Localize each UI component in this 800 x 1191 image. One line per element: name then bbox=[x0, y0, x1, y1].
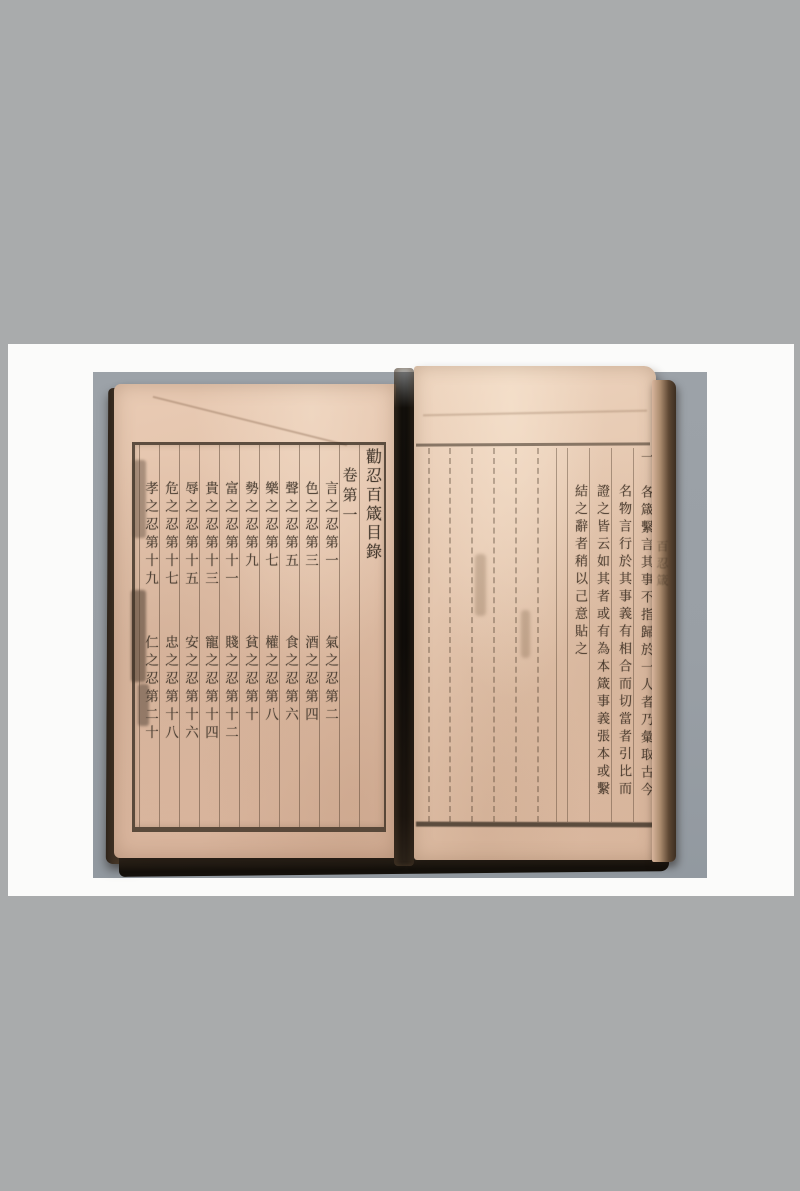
screenshot-background: 勸忍百箴目錄 卷第一 言之忍第一 氣之忍第二 色之忍第三 酒之忍第四 聲之忍第 bbox=[0, 0, 800, 1191]
toc-volume-label: 卷第一 bbox=[340, 467, 361, 527]
toc-entry-column: 富之忍第十一 賤之忍第十二 bbox=[219, 445, 240, 827]
toc-entry: 貧之忍第十 bbox=[240, 635, 260, 725]
spine-gutter bbox=[394, 368, 414, 866]
bleed-through-mark bbox=[475, 554, 486, 616]
toc-entry: 貴之忍第十三 bbox=[200, 481, 220, 589]
open-book: 勸忍百箴目錄 卷第一 言之忍第一 氣之忍第二 色之忍第三 酒之忍第四 聲之忍第 bbox=[93, 372, 707, 878]
fanli-column: 名物言行於其事義有相合而切當者引比而 bbox=[611, 450, 633, 799]
toc-entry: 仁之忍第二十 bbox=[140, 635, 160, 743]
toc-entry-column: 貴之忍第十三 寵之忍第十四 bbox=[199, 445, 220, 827]
bleed-through-mark bbox=[521, 610, 530, 658]
fanli-column: 結之辭者稍以己意貼之 bbox=[567, 450, 589, 659]
toc-volume-column: 卷第一 bbox=[339, 445, 360, 827]
toc-entry: 聲之忍第五 bbox=[280, 481, 300, 571]
bleed-line bbox=[493, 448, 495, 822]
frame-bottom-rule bbox=[416, 822, 654, 828]
column-rule bbox=[556, 448, 557, 822]
photo-area: 勸忍百箴目錄 卷第一 言之忍第一 氣之忍第二 色之忍第三 酒之忍第四 聲之忍第 bbox=[93, 372, 707, 878]
toc-entry-column: 勢之忍第九 貧之忍第十 bbox=[239, 445, 260, 827]
toc-entry-column: 色之忍第三 酒之忍第四 bbox=[299, 445, 320, 827]
bleed-line bbox=[449, 448, 451, 822]
page-crease bbox=[153, 396, 347, 446]
toc-page: 勸忍百箴目錄 卷第一 言之忍第一 氣之忍第二 色之忍第三 酒之忍第四 聲之忍第 bbox=[114, 384, 396, 858]
toc-entry: 富之忍第十一 bbox=[220, 481, 240, 589]
fore-edge-title: 百忍箴 bbox=[654, 540, 671, 591]
toc-entry: 辱之忍第十五 bbox=[180, 481, 200, 589]
fore-edge: 百忍箴 bbox=[652, 380, 676, 862]
toc-entry: 樂之忍第七 bbox=[260, 481, 280, 571]
toc-entry: 寵之忍第十四 bbox=[200, 635, 220, 743]
toc-entry-column: 聲之忍第五 食之忍第六 bbox=[279, 445, 300, 827]
bleed-line bbox=[537, 448, 539, 822]
toc-entry: 安之忍第十六 bbox=[180, 635, 200, 743]
toc-entry-column: 危之忍第十七 忠之忍第十八 bbox=[159, 445, 180, 827]
toc-entry: 色之忍第三 bbox=[300, 481, 320, 571]
toc-entry: 危之忍第十七 bbox=[160, 481, 180, 589]
toc-entry-column: 孝之忍第十九 仁之忍第二十 bbox=[139, 445, 160, 827]
toc-entry: 食之忍第六 bbox=[280, 635, 300, 725]
toc-entry-column: 樂之忍第七 權之忍第八 bbox=[259, 445, 280, 827]
toc-title: 勸忍百箴目錄 bbox=[362, 448, 385, 562]
toc-entry: 氣之忍第二 bbox=[320, 635, 340, 725]
toc-entry: 忠之忍第十八 bbox=[160, 635, 180, 743]
toc-entry-column: 言之忍第一 氣之忍第二 bbox=[319, 445, 340, 827]
bleed-line bbox=[471, 448, 473, 822]
toc-entry: 賤之忍第十二 bbox=[220, 635, 240, 743]
toc-print-frame: 勸忍百箴目錄 卷第一 言之忍第一 氣之忍第二 色之忍第三 酒之忍第四 聲之忍第 bbox=[132, 442, 386, 832]
toc-entry: 勢之忍第九 bbox=[240, 481, 260, 571]
fanli-column: 證之皆云如其者或有為本箴事義張本或繫 bbox=[589, 450, 611, 799]
bleed-line bbox=[515, 448, 517, 822]
toc-entry: 酒之忍第四 bbox=[300, 635, 320, 725]
toc-title-column: 勸忍百箴目錄 bbox=[359, 445, 386, 827]
toc-entry: 權之忍第八 bbox=[260, 635, 280, 725]
bleed-line bbox=[428, 448, 430, 822]
toc-entry: 言之忍第一 bbox=[320, 481, 340, 571]
toc-entry-column: 辱之忍第十五 安之忍第十六 bbox=[179, 445, 200, 827]
toc-entry: 孝之忍第十九 bbox=[140, 481, 160, 589]
